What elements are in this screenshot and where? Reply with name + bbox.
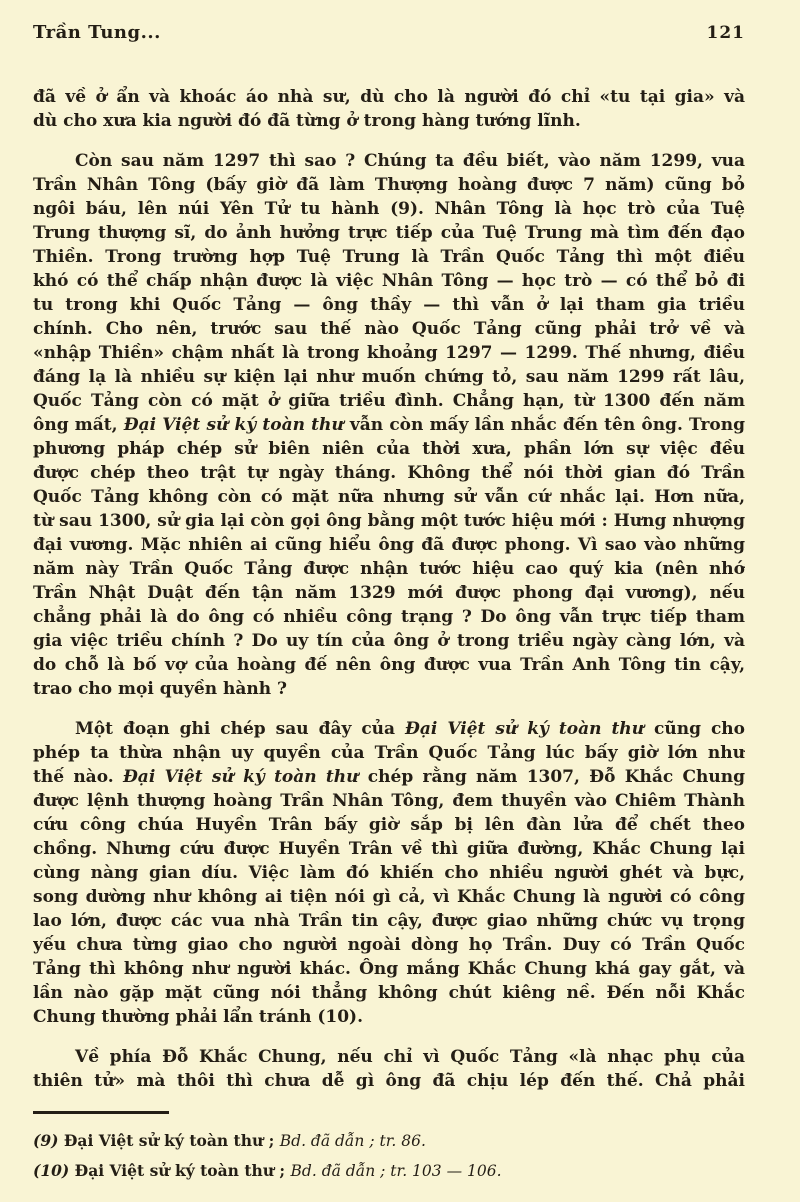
text-line: trao cho mọi quyền hành ? <box>33 677 745 701</box>
footnotes: (9) Đại Việt sử ký toàn thư ; Bd. đã dẫn… <box>33 1126 745 1186</box>
text-segment: gia việc triều chính ? Do uy tín của ông… <box>33 631 745 651</box>
book-page: Trần Tung... 121 đã về ở ẩn và khoác áo … <box>0 0 800 1202</box>
text-segment: Quốc Tảng còn có mặt ở giữa triều đình. … <box>33 391 745 411</box>
italic-text-segment: Đại Việt sử ký toàn thư <box>124 415 344 435</box>
text-segment: ông mất, <box>33 415 124 435</box>
text-line: lần nào gặp mặt cũng nói thẳng không chú… <box>33 981 745 1005</box>
text-segment: phương pháp chép sử biên niên của thời x… <box>33 439 745 459</box>
text-segment: Một đoạn ghi chép sau đây của <box>75 719 405 739</box>
text-segment: đại vương. Mặc nhiên ai cũng hiểu ông đã… <box>33 535 745 555</box>
text-line: Còn sau năm 1297 thì sao ? Chúng ta đều … <box>33 149 745 173</box>
text-line: năm này Trần Quốc Tảng được nhận tước hi… <box>33 557 745 581</box>
paragraph: Một đoạn ghi chép sau đây của Đại Việt s… <box>33 717 745 1029</box>
text-line: Chung thường phải lẩn tránh (10). <box>33 1005 745 1029</box>
text-segment: Về phía Đỗ Khắc Chung, nếu chỉ vì Quốc T… <box>75 1047 745 1067</box>
page-number: 121 <box>707 23 746 43</box>
text-segment: tu trong khi Quốc Tảng — ông thầy — thì … <box>33 295 745 315</box>
text-line: đã về ở ẩn và khoác áo nhà sư, dù cho là… <box>33 85 745 109</box>
text-line: Trần Nhân Tông (bấy giờ đã làm Thượng ho… <box>33 173 745 197</box>
text-segment: Trần Nhật Duật đến tận năm 1329 mới được… <box>33 583 745 603</box>
text-line: Quốc Tảng không còn có mặt nữa nhưng sử … <box>33 485 745 509</box>
text-line: cùng nàng gian díu. Việc làm đó khiến ch… <box>33 861 745 885</box>
text-segment: lao lớn, được các vua nhà Trần tin cậy, … <box>33 911 745 931</box>
footnote-number: (9) <box>33 1131 64 1150</box>
text-line: phép ta thừa nhận uy quyền của Trần Quốc… <box>33 741 745 765</box>
body-text: đã về ở ẩn và khoác áo nhà sư, dù cho là… <box>33 85 745 1093</box>
text-line: được lệnh thượng hoàng Trần Nhân Tông, đ… <box>33 789 745 813</box>
italic-text-segment: Đại Việt sử ký toàn thư <box>405 719 644 739</box>
text-line: phương pháp chép sử biên niên của thời x… <box>33 437 745 461</box>
italic-text-segment: Bd. đã dẫn ; tr. 86. <box>280 1132 426 1150</box>
text-line: khó có thể chấp nhận được là việc Nhân T… <box>33 269 745 293</box>
text-segment: Đại Việt sử ký toàn thư ; <box>75 1161 291 1180</box>
italic-text-segment: Bd. đã dẫn ; tr. 103 — 106. <box>291 1162 502 1180</box>
text-line: yếu chưa từng giao cho người ngoài dòng … <box>33 933 745 957</box>
running-title: Trần Tung... <box>33 22 161 43</box>
text-segment: năm này Trần Quốc Tảng được nhận tước hi… <box>33 559 745 579</box>
text-line: do chỗ là bố vợ của hoàng đế nên ông đượ… <box>33 653 745 677</box>
text-line: đáng lạ là nhiều sự kiện lại như muốn ch… <box>33 365 745 389</box>
text-segment: được lệnh thượng hoàng Trần Nhân Tông, đ… <box>33 791 745 811</box>
text-segment: đáng lạ là nhiều sự kiện lại như muốn ch… <box>33 367 745 387</box>
text-line: song dường như không ai tiện nói gì cả, … <box>33 885 745 909</box>
text-line: Trần Nhật Duật đến tận năm 1329 mới được… <box>33 581 745 605</box>
text-segment: Trần Nhân Tông (bấy giờ đã làm Thượng ho… <box>33 175 745 195</box>
text-segment: cùng nàng gian díu. Việc làm đó khiến ch… <box>33 863 745 883</box>
text-segment: được chép theo trật tự ngày tháng. Không… <box>33 463 745 483</box>
text-segment: ngôi báu, lên núi Yên Tử tu hành (9). Nh… <box>33 199 745 219</box>
text-segment: Chung thường phải lẩn tránh (10). <box>33 1007 363 1027</box>
italic-text-segment: Đại Việt sử ký toàn thư <box>123 767 359 787</box>
text-segment: song dường như không ai tiện nói gì cả, … <box>33 887 745 907</box>
text-segment: Quốc Tảng không còn có mặt nữa nhưng sử … <box>33 487 745 507</box>
text-line: Thiền. Trong trường hợp Tuệ Trung là Trầ… <box>33 245 745 269</box>
text-line: cứu công chúa Huyền Trân bấy giờ sắp bị … <box>33 813 745 837</box>
text-segment: cứu công chúa Huyền Trân bấy giờ sắp bị … <box>33 815 745 835</box>
text-segment: đã về ở ẩn và khoác áo nhà sư, dù cho là… <box>33 87 745 107</box>
text-line: Tảng thì không như người khác. Ông mắng … <box>33 957 745 981</box>
text-segment: phép ta thừa nhận uy quyền của Trần Quốc… <box>33 743 745 763</box>
footnote: (9) Đại Việt sử ký toàn thư ; Bd. đã dẫn… <box>33 1126 745 1156</box>
text-line: Về phía Đỗ Khắc Chung, nếu chỉ vì Quốc T… <box>33 1045 745 1069</box>
text-segment: thiên tử» mà thôi thì chưa dễ gì ông đã … <box>33 1071 745 1091</box>
text-line: thiên tử» mà thôi thì chưa dễ gì ông đã … <box>33 1069 745 1093</box>
text-line: thế nào. Đại Việt sử ký toàn thư chép rằ… <box>33 765 745 789</box>
text-line: chẳng phải là do ông có nhiều công trạng… <box>33 605 745 629</box>
page-header: Trần Tung... 121 <box>33 22 745 43</box>
footnote: (10) Đại Việt sử ký toàn thư ; Bd. đã dẫ… <box>33 1156 745 1186</box>
text-line: Trung thượng sĩ, do ảnh hưởng trực tiếp … <box>33 221 745 245</box>
text-segment: trao cho mọi quyền hành ? <box>33 679 287 699</box>
text-segment: thế nào. <box>33 767 123 787</box>
text-segment: vẫn còn mấy lần nhắc đến tên ông. Trong <box>344 415 745 435</box>
text-segment: Trung thượng sĩ, do ảnh hưởng trực tiếp … <box>33 223 745 243</box>
footnote-separator <box>33 1111 169 1114</box>
paragraph: Còn sau năm 1297 thì sao ? Chúng ta đều … <box>33 149 745 701</box>
text-segment: từ sau 1300, sử gia lại còn gọi ông bằng… <box>33 511 745 531</box>
text-segment: chính. Cho nên, trước sau thế nào Quốc T… <box>33 319 745 339</box>
text-line: Quốc Tảng còn có mặt ở giữa triều đình. … <box>33 389 745 413</box>
text-segment: chép rằng năm 1307, Đỗ Khắc Chung <box>359 767 745 787</box>
text-segment: chồng. Nhưng cứu được Huyền Trân về thì … <box>33 839 745 859</box>
footnote-number: (10) <box>33 1161 75 1180</box>
text-segment: Thiền. Trong trường hợp Tuệ Trung là Trầ… <box>33 247 745 267</box>
text-segment: Đại Việt sử ký toàn thư ; <box>64 1131 280 1150</box>
paragraph: Về phía Đỗ Khắc Chung, nếu chỉ vì Quốc T… <box>33 1045 745 1093</box>
text-line: ông mất, Đại Việt sử ký toàn thư vẫn còn… <box>33 413 745 437</box>
text-segment: Còn sau năm 1297 thì sao ? Chúng ta đều … <box>75 151 745 171</box>
text-line: tu trong khi Quốc Tảng — ông thầy — thì … <box>33 293 745 317</box>
text-segment: lần nào gặp mặt cũng nói thẳng không chú… <box>33 983 745 1003</box>
text-segment: khó có thể chấp nhận được là việc Nhân T… <box>33 271 745 291</box>
text-line: «nhập Thiền» chậm nhất là trong khoảng 1… <box>33 341 745 365</box>
text-line: đại vương. Mặc nhiên ai cũng hiểu ông đã… <box>33 533 745 557</box>
paragraph: đã về ở ẩn và khoác áo nhà sư, dù cho là… <box>33 85 745 133</box>
text-line: chồng. Nhưng cứu được Huyền Trân về thì … <box>33 837 745 861</box>
text-line: được chép theo trật tự ngày tháng. Không… <box>33 461 745 485</box>
text-line: Một đoạn ghi chép sau đây của Đại Việt s… <box>33 717 745 741</box>
text-segment: chẳng phải là do ông có nhiều công trạng… <box>33 607 745 627</box>
text-segment: dù cho xưa kia người đó đã từng ở trong … <box>33 111 581 131</box>
text-line: lao lớn, được các vua nhà Trần tin cậy, … <box>33 909 745 933</box>
text-line: từ sau 1300, sử gia lại còn gọi ông bằng… <box>33 509 745 533</box>
text-line: chính. Cho nên, trước sau thế nào Quốc T… <box>33 317 745 341</box>
text-segment: yếu chưa từng giao cho người ngoài dòng … <box>33 935 745 955</box>
text-segment: «nhập Thiền» chậm nhất là trong khoảng 1… <box>33 343 745 363</box>
text-segment: cũng cho <box>644 719 745 739</box>
text-line: dù cho xưa kia người đó đã từng ở trong … <box>33 109 745 133</box>
text-line: ngôi báu, lên núi Yên Tử tu hành (9). Nh… <box>33 197 745 221</box>
text-line: gia việc triều chính ? Do uy tín của ông… <box>33 629 745 653</box>
text-segment: do chỗ là bố vợ của hoàng đế nên ông đượ… <box>33 655 745 675</box>
text-segment: Tảng thì không như người khác. Ông mắng … <box>33 959 745 979</box>
